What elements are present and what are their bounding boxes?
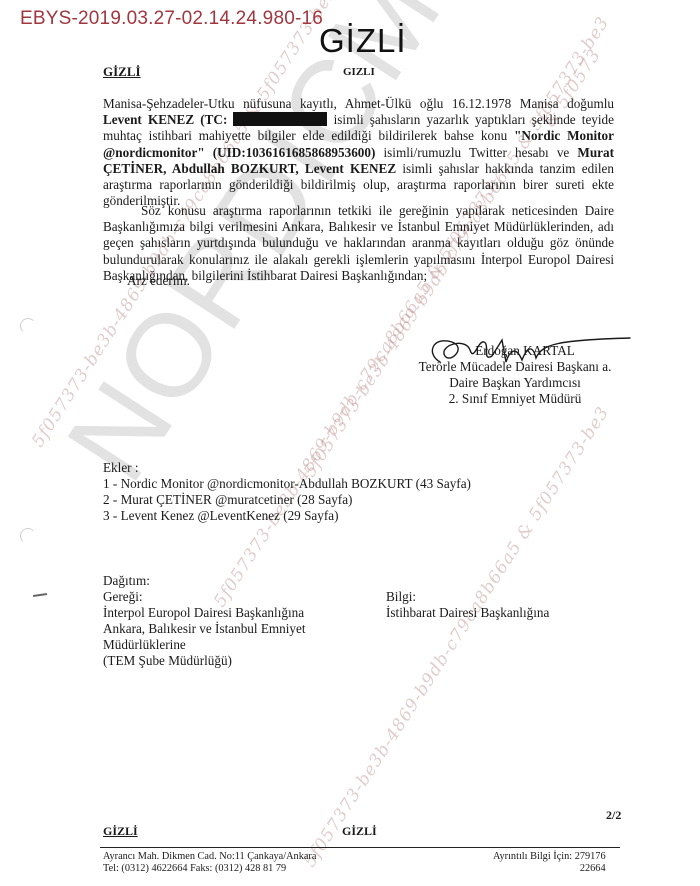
footer-info-line: 22664 [493,863,606,875]
paragraph-2: Söz konusu araştırma raporlarının tetkik… [103,203,614,284]
attachment-item: 2 - Murat ÇETİNER @muratcetiner (28 Sayf… [103,492,471,508]
distribution-action: Dağıtım: Gereği: İnterpol Europol Daires… [103,573,306,669]
distribution-item: İstihbarat Dairesi Başkanlığına [386,605,549,621]
attachments-heading: Ekler : [103,460,471,476]
document-page: NORDICMONITOR.COM 5f057373-be3b-4869-b9d… [0,0,700,886]
footer-address: Ayrancı Mah. Dikmen Cad. No:11 Çankaya/A… [103,851,316,875]
attachment-item: 1 - Nordic Monitor @nordicmonitor-Abdull… [103,476,471,492]
classification-stamp: GİZLİ [319,22,407,60]
classification-header-center: GIZLI [343,66,375,78]
footer-info: Ayrıntılı Bilgi İçin: 279176 22664 [493,851,606,875]
footer-classification-left: GİZLİ [103,824,138,839]
bold-segment: Levent KENEZ (TC: [103,112,233,127]
scan-artifact [33,593,47,596]
redaction-bar [233,112,327,126]
signature-icon [418,332,638,372]
distribution-action-heading: Gereği: [103,589,306,605]
distribution-info: Bilgi: İstihbarat Dairesi Başkanlığına [386,589,549,621]
distribution-item: (TEM Şube Müdürlüğü) [103,653,306,669]
classification-header-left: GİZLİ [103,64,141,80]
text-segment: isimli/rumuzlu Twitter hesabı ve [375,145,577,160]
distribution-item: Ankara, Balıkesir ve İstanbul Emniyet [103,621,306,637]
distribution-item: İnterpol Europol Dairesi Başkanlığına [103,605,306,621]
footer-address-line: Ayrancı Mah. Dikmen Cad. No:11 Çankaya/A… [103,851,316,863]
footer-info-line: Ayrıntılı Bilgi İçin: 279176 [493,851,606,863]
distribution-heading: Dağıtım: [103,573,306,589]
signatory-title: Daire Başkan Yardımcısı [405,375,625,391]
ebys-reference: EBYS-2019.03.27-02.14.24.980-16 [20,8,323,30]
page-number: 2/2 [606,808,621,823]
attachments-list: Ekler : 1 - Nordic Monitor @nordicmonito… [103,460,471,524]
distribution-info-heading: Bilgi: [386,589,549,605]
text-segment: Manisa-Şehzadeler-Utku nüfusuna kayıtlı,… [103,96,614,111]
text-segment: Söz konusu araştırma raporlarının tetkik… [103,203,614,283]
signatory-title: 2. Sınıf Emniyet Müdürü [405,391,625,407]
footer-classification-center: GİZLİ [342,824,377,839]
scan-artifact [20,318,36,334]
footer-divider [100,847,620,848]
distribution-item: Müdürlüklerine [103,637,306,653]
attachment-item: 3 - Levent Kenez @LeventKenez (29 Sayfa) [103,508,471,524]
scan-artifact [20,528,36,544]
paragraph-1: Manisa-Şehzadeler-Utku nüfusuna kayıtlı,… [103,96,614,209]
closing: Arz ederim. [127,273,190,289]
footer-contact-line: Tel: (0312) 4622664 Faks: (0312) 428 81 … [103,863,316,875]
